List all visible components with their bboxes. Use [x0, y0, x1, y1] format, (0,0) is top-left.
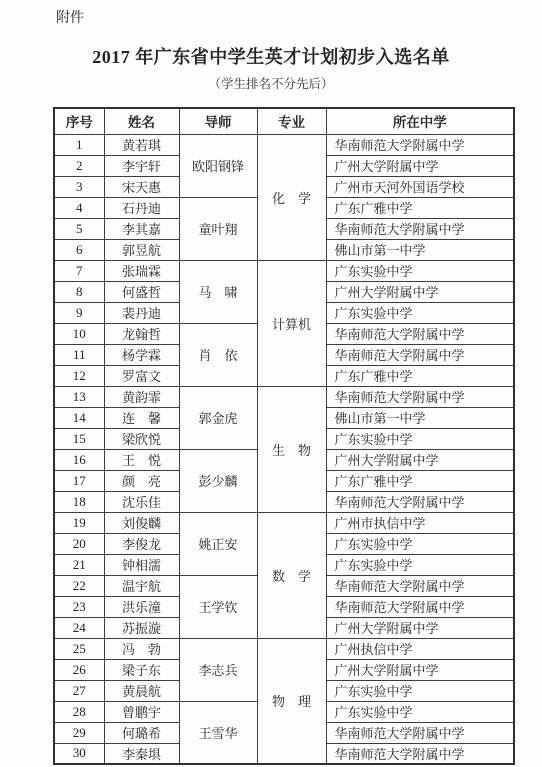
row-number-cell: 2	[54, 155, 104, 176]
student-name-cell: 颜 亮	[104, 470, 179, 491]
header-school: 所在中学	[326, 108, 514, 134]
student-name-cell: 龙翰哲	[104, 323, 179, 344]
row-number-cell: 19	[54, 512, 104, 533]
row-number-cell: 15	[54, 428, 104, 449]
row-number-cell: 8	[54, 281, 104, 302]
school-cell: 广州大学附属中学	[326, 617, 514, 638]
school-cell: 华南师范大学附属中学	[326, 134, 514, 155]
student-name-cell: 洪乐潼	[104, 596, 179, 617]
school-cell: 华南师范大学附属中学	[326, 344, 514, 365]
major-cell: 物 理	[257, 638, 326, 764]
school-cell: 广州大学附属中学	[326, 155, 514, 176]
major-cell: 数 学	[257, 512, 326, 638]
major-cell: 生 物	[257, 386, 326, 512]
row-number-cell: 27	[54, 680, 104, 701]
row-number-cell: 17	[54, 470, 104, 491]
school-cell: 华南师范大学附属中学	[326, 596, 514, 617]
school-cell: 华南师范大学附属中学	[326, 386, 514, 407]
row-number-cell: 30	[54, 743, 104, 764]
student-name-cell: 李其嘉	[104, 218, 179, 239]
student-name-cell: 钟相濡	[104, 554, 179, 575]
row-number-cell: 20	[54, 533, 104, 554]
school-cell: 广东实验中学	[326, 701, 514, 722]
row-number-cell: 28	[54, 701, 104, 722]
student-name-cell: 苏振漩	[104, 617, 179, 638]
student-name-cell: 李俊龙	[104, 533, 179, 554]
school-cell: 广东广雅中学	[326, 197, 514, 218]
school-cell: 广东广雅中学	[326, 470, 514, 491]
school-cell: 华南师范大学附属中学	[326, 743, 514, 764]
school-cell: 华南师范大学附属中学	[326, 575, 514, 596]
school-cell: 广东实验中学	[326, 302, 514, 323]
school-cell: 广州市天河外国语学校	[326, 176, 514, 197]
mentor-cell: 王学钦	[179, 575, 257, 638]
row-number-cell: 7	[54, 260, 104, 281]
mentor-cell: 欧阳钢锋	[179, 134, 257, 197]
table-row: 25 冯 勃 李志兵 物 理 广州执信中学	[54, 638, 514, 659]
student-name-cell: 宋天惠	[104, 176, 179, 197]
row-number-cell: 3	[54, 176, 104, 197]
row-number-cell: 13	[54, 386, 104, 407]
school-cell: 华南师范大学附属中学	[326, 218, 514, 239]
mentor-cell: 童叶翔	[179, 197, 257, 260]
page-subtitle: （学生排名不分先后）	[0, 75, 542, 93]
school-cell: 广东实验中学	[326, 554, 514, 575]
school-cell: 广东广雅中学	[326, 365, 514, 386]
school-cell: 广东实验中学	[326, 533, 514, 554]
student-name-cell: 张瑞霖	[104, 260, 179, 281]
row-number-cell: 11	[54, 344, 104, 365]
mentor-cell: 肖 依	[179, 323, 257, 386]
major-cell: 计算机	[257, 260, 326, 386]
table-header-row: 序号 姓名 导师 专业 所在中学	[54, 108, 514, 134]
student-name-cell: 温宇航	[104, 575, 179, 596]
student-name-cell: 何璐希	[104, 722, 179, 743]
school-cell: 佛山市第一中学	[326, 407, 514, 428]
row-number-cell: 1	[54, 134, 104, 155]
student-name-cell: 梁子东	[104, 659, 179, 680]
student-name-cell: 李秦埧	[104, 743, 179, 764]
mentor-cell: 彭少麟	[179, 449, 257, 512]
row-number-cell: 25	[54, 638, 104, 659]
row-number-cell: 26	[54, 659, 104, 680]
student-name-cell: 李宇轩	[104, 155, 179, 176]
header-major: 专业	[257, 108, 326, 134]
header-no: 序号	[54, 108, 104, 134]
student-name-cell: 裴丹迪	[104, 302, 179, 323]
school-cell: 广东实验中学	[326, 260, 514, 281]
student-name-cell: 罗富文	[104, 365, 179, 386]
school-cell: 广州大学附属中学	[326, 281, 514, 302]
student-name-cell: 石丹迪	[104, 197, 179, 218]
school-cell: 广州大学附属中学	[326, 449, 514, 470]
row-number-cell: 18	[54, 491, 104, 512]
row-number-cell: 12	[54, 365, 104, 386]
table-row: 13 黄韵霏 郭金虎 生 物 华南师范大学附属中学	[54, 386, 514, 407]
student-name-cell: 沈乐佳	[104, 491, 179, 512]
row-number-cell: 22	[54, 575, 104, 596]
header-name: 姓名	[104, 108, 179, 134]
mentor-cell: 王雪华	[179, 701, 257, 764]
mentor-cell: 郭金虎	[179, 386, 257, 449]
attachment-label: 附件	[56, 10, 542, 28]
student-name-cell: 黄韵霏	[104, 386, 179, 407]
school-cell: 华南师范大学附属中学	[326, 491, 514, 512]
major-cell: 化 学	[257, 134, 326, 260]
student-name-cell: 曾鹏宇	[104, 701, 179, 722]
student-name-cell: 王 悦	[104, 449, 179, 470]
row-number-cell: 6	[54, 239, 104, 260]
student-name-cell: 郭昱航	[104, 239, 179, 260]
student-roster-table: 序号 姓名 导师 专业 所在中学 1 黄若琪 欧阳钢锋 化 学 华南师范大学附属…	[53, 107, 515, 765]
school-cell: 广东实验中学	[326, 680, 514, 701]
mentor-cell: 马 啸	[179, 260, 257, 323]
school-cell: 广东实验中学	[326, 428, 514, 449]
table-row: 7 张瑞霖 马 啸 计算机 广东实验中学	[54, 260, 514, 281]
school-cell: 华南师范大学附属中学	[326, 323, 514, 344]
row-number-cell: 23	[54, 596, 104, 617]
row-number-cell: 9	[54, 302, 104, 323]
student-name-cell: 黄若琪	[104, 134, 179, 155]
school-cell: 华南师范大学附属中学	[326, 722, 514, 743]
row-number-cell: 24	[54, 617, 104, 638]
row-number-cell: 29	[54, 722, 104, 743]
row-number-cell: 5	[54, 218, 104, 239]
student-name-cell: 冯 勃	[104, 638, 179, 659]
student-name-cell: 杨学霖	[104, 344, 179, 365]
student-name-cell: 何盛哲	[104, 281, 179, 302]
student-name-cell: 梁欣悦	[104, 428, 179, 449]
table-row: 1 黄若琪 欧阳钢锋 化 学 华南师范大学附属中学	[54, 134, 514, 155]
school-cell: 广州执信中学	[326, 638, 514, 659]
student-name-cell: 连 馨	[104, 407, 179, 428]
table-row: 19 刘俊麟 姚正安 数 学 广州市执信中学	[54, 512, 514, 533]
row-number-cell: 16	[54, 449, 104, 470]
school-cell: 广州大学附属中学	[326, 659, 514, 680]
row-number-cell: 21	[54, 554, 104, 575]
school-cell: 广州市执信中学	[326, 512, 514, 533]
mentor-cell: 李志兵	[179, 638, 257, 701]
page-title: 2017 年广东省中学生英才计划初步入选名单	[0, 44, 542, 70]
school-cell: 佛山市第一中学	[326, 239, 514, 260]
row-number-cell: 14	[54, 407, 104, 428]
row-number-cell: 10	[54, 323, 104, 344]
student-name-cell: 刘俊麟	[104, 512, 179, 533]
row-number-cell: 4	[54, 197, 104, 218]
header-mentor: 导师	[179, 108, 257, 134]
mentor-cell: 姚正安	[179, 512, 257, 575]
student-name-cell: 黄晨航	[104, 680, 179, 701]
